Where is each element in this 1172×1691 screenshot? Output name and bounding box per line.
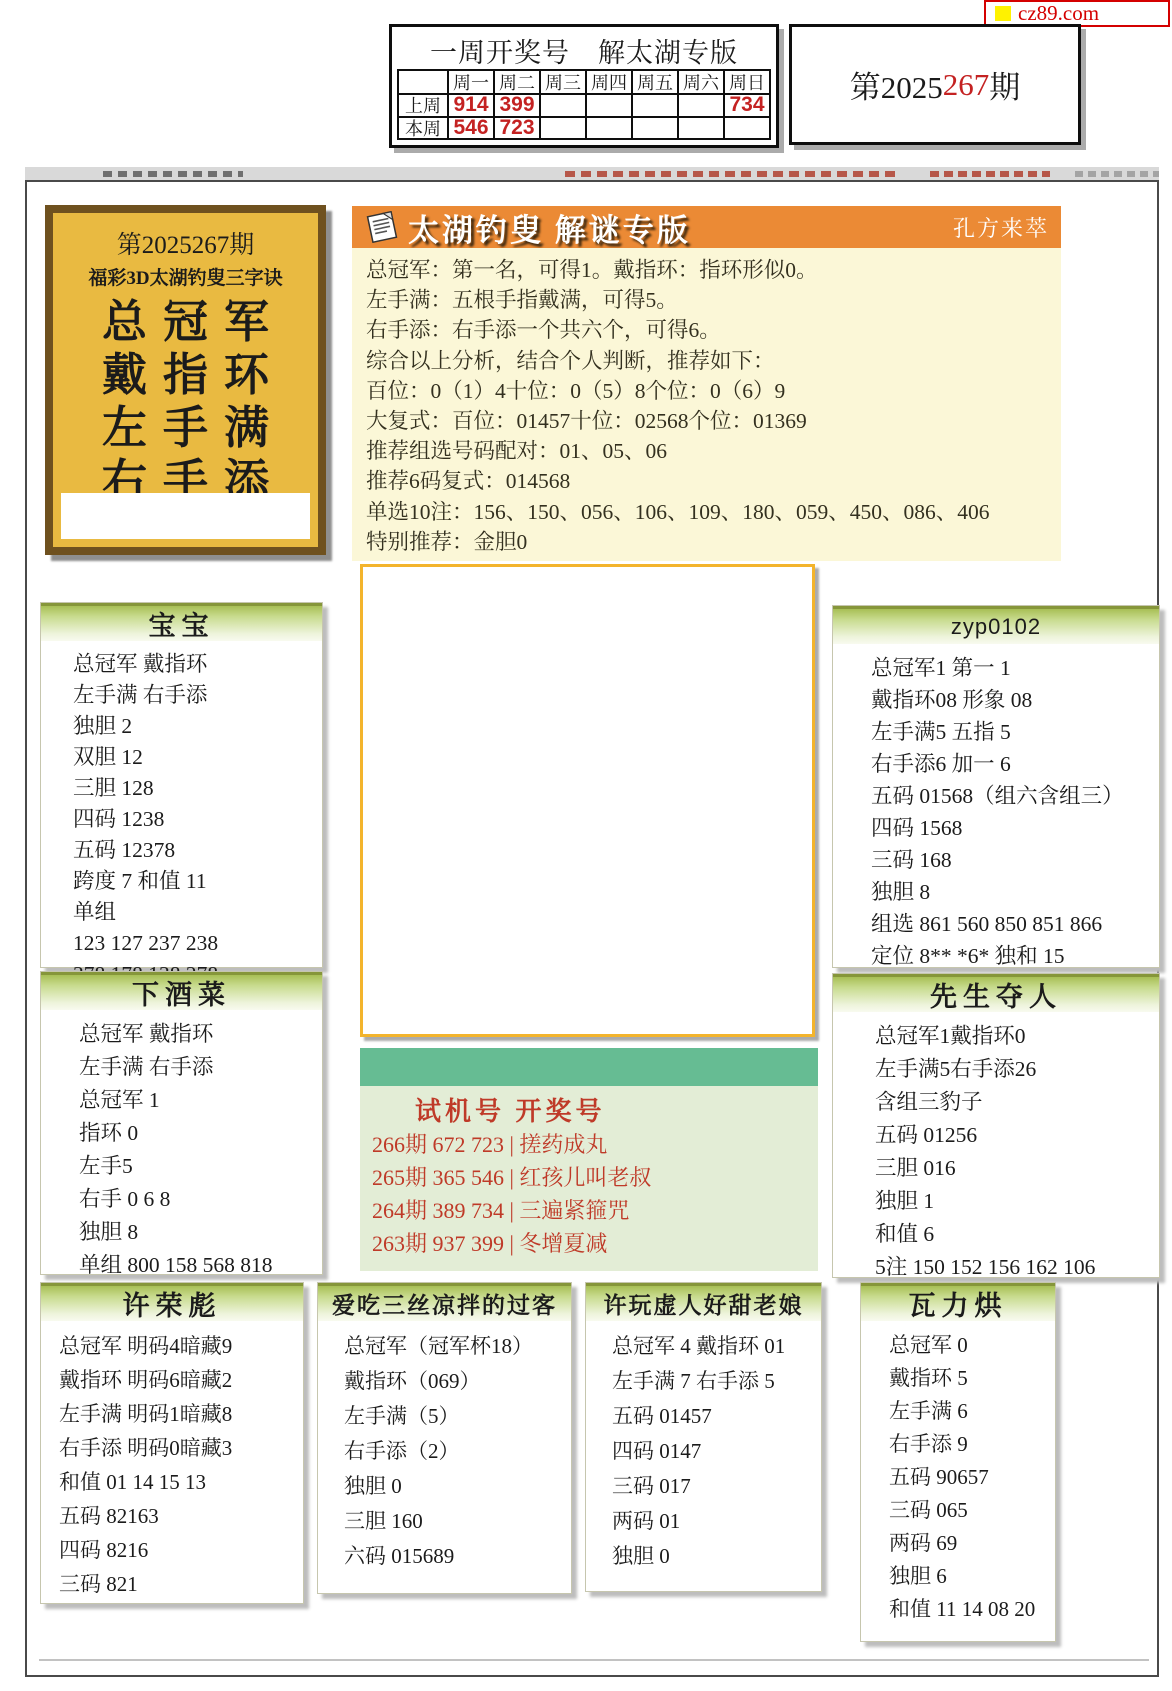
analysis-line: 大复式：百位：01457十位：02568个位：01369 [366, 406, 1061, 436]
panel-line: 两码 69 [889, 1527, 1055, 1560]
day-header: 周六 [678, 70, 724, 94]
draw-number: 914 [448, 94, 494, 117]
results-area: 试机号 开奖号 266期 672 723 | 搓药成丸265期 365 546 … [360, 1086, 818, 1271]
panel-line: 总冠军 4 戴指环 01 [612, 1329, 821, 1364]
golden-issue: 第2025267期 [53, 225, 318, 261]
panel-line: 独胆 1 [875, 1185, 1159, 1218]
section-title: 太湖钓叟 解谜专版 [408, 205, 953, 250]
panel-line: 三胆 160 [344, 1504, 571, 1539]
panel-aichi-header: 爱吃三丝凉拌的过客 [318, 1283, 571, 1321]
panel-xuwan-body: 总冠军 4 戴指环 01左手满 7 右手添 5五码 01457四码 0147三码… [586, 1321, 821, 1574]
panel-line: 总冠军 戴指环 [79, 1018, 322, 1051]
clipped-text-fragment [565, 171, 895, 177]
panel-line: 五码 82163 [59, 1499, 303, 1533]
panel-wali: 瓦力烘 总冠军 0戴指环 5左手满 6右手添 9五码 90657三码 065两码… [860, 1282, 1056, 1642]
panel-line: 单组 800 158 568 818 [79, 1249, 322, 1282]
panel-aichi-body: 总冠军（冠军杯18）戴指环（069）左手满（5）右手添（2）独胆 0三胆 160… [318, 1321, 571, 1574]
panel-baobao: 宝宝 总冠军 戴指环左手满 右手添独胆 2双胆 12三胆 128四码 1238五… [40, 602, 323, 968]
panel-line: 和值 01 14 15 13 [59, 1465, 303, 1499]
day-header: 周一 [448, 70, 494, 94]
analysis-line: 特别推荐：金胆0 [366, 527, 1061, 557]
panel-line: 两码 01 [612, 1504, 821, 1539]
clipped-text-fragment [930, 171, 1050, 177]
panel-line: 左手满5右手添26 [875, 1053, 1159, 1086]
panel-title: 爱吃三丝凉拌的过客 [332, 1287, 557, 1320]
panel-aichi: 爱吃三丝凉拌的过客 总冠军（冠军杯18）戴指环（069）左手满（5）右手添（2）… [317, 1282, 572, 1594]
issue-number: 267 [943, 67, 990, 103]
panel-line: 右手添 明码0暗藏3 [59, 1431, 303, 1465]
weekly-table-grid: 周一 周二 周三 周四 周五 周六 周日 上周 914 399 734 本周 5… [397, 69, 771, 140]
analysis-line: 左手满：五根手指戴满，可得5。 [366, 285, 1061, 315]
panel-title: 宝宝 [149, 604, 215, 643]
riddle-line: 左手满 [53, 402, 318, 455]
panel-line: 右手添6 加一 6 [871, 748, 1159, 780]
draw-number [632, 94, 678, 117]
panel-line: 总冠军 明码4暗藏9 [59, 1329, 303, 1363]
panel-line: 六码 015689 [344, 1539, 571, 1574]
panel-xurongbiao: 许荣彪 总冠军 明码4暗藏9戴指环 明码6暗藏2左手满 明码1暗藏8右手添 明码… [40, 1282, 304, 1604]
panel-xiansheng-body: 总冠军1戴指环0左手满5右手添26含组三豹子五码 01256三胆 016独胆 1… [833, 1012, 1159, 1284]
day-header: 周二 [494, 70, 540, 94]
panel-line: 独胆 2 [73, 711, 322, 742]
row-label: 上周 [398, 94, 448, 117]
panel-line: 左手满 右手添 [79, 1051, 322, 1084]
draw-number [540, 94, 586, 117]
teal-divider-bar [360, 1048, 818, 1086]
draw-number: 723 [494, 117, 540, 140]
panel-line: 组选 861 560 850 851 866 [871, 908, 1159, 940]
day-header: 周五 [632, 70, 678, 94]
panel-line: 指环 0 [79, 1117, 322, 1150]
panel-xiajiucai: 下酒菜 总冠军 戴指环左手满 右手添总冠军 1指环 0左手5右手 0 6 8独胆… [40, 971, 323, 1275]
draw-number [540, 117, 586, 140]
panel-xiansheng-header: 先生夺人 [833, 974, 1159, 1012]
panel-line: 三码 065 [889, 1494, 1055, 1527]
panel-title: 先生夺人 [930, 975, 1062, 1014]
panel-line: 总冠军 1 [79, 1084, 322, 1117]
panel-title: 许荣彪 [123, 1284, 222, 1323]
issue-suffix: 期 [989, 62, 1020, 107]
day-header: 周日 [724, 70, 770, 94]
result-row: 265期 365 546 | 红孩儿叫老叔 [360, 1161, 818, 1194]
result-row: 264期 389 734 | 三遍紧箍咒 [360, 1194, 818, 1227]
picture-placeholder-box [360, 564, 815, 1037]
panel-line: 左手满 6 [889, 1395, 1055, 1428]
panel-line: 总冠军1 第一 1 [871, 652, 1159, 684]
issue-prefix: 第2025 [850, 62, 943, 107]
panel-line: 左手满 明码1暗藏8 [59, 1397, 303, 1431]
result-row: 266期 672 723 | 搓药成丸 [360, 1128, 818, 1161]
day-header: 周四 [586, 70, 632, 94]
panel-line: 左手满5 五指 5 [871, 716, 1159, 748]
weekly-draw-table: 一周开奖号 解太湖专版 周一 周二 周三 周四 周五 周六 周日 上周 914 … [389, 24, 779, 148]
golden-blank-area [61, 493, 310, 539]
panel-line: 跨度 7 和值 11 [73, 866, 322, 897]
draw-number [586, 117, 632, 140]
panel-title: 瓦力烘 [909, 1284, 1008, 1323]
draw-number [678, 94, 724, 117]
panel-line: 四码 0147 [612, 1434, 821, 1469]
panel-line: 四码 1568 [871, 812, 1159, 844]
result-row: 263期 937 399 | 冬增夏减 [360, 1227, 818, 1260]
panel-line: 独胆 0 [344, 1469, 571, 1504]
table-corner-cell [398, 70, 448, 94]
panel-title: 下酒菜 [132, 973, 231, 1012]
day-header: 周三 [540, 70, 586, 94]
panel-xuwan: 许玩虚人好甜老娘 总冠军 4 戴指环 01左手满 7 右手添 5五码 01457… [585, 1282, 822, 1592]
clipped-text-strip [25, 167, 1159, 180]
panel-line: 独胆 6 [889, 1560, 1055, 1593]
panel-title: zyp0102 [951, 614, 1041, 640]
panel-line: 四码 1238 [73, 804, 322, 835]
results-rows: 266期 672 723 | 搓药成丸265期 365 546 | 红孩儿叫老叔… [360, 1128, 818, 1260]
panel-line: 独胆 0 [612, 1539, 821, 1574]
panel-line: 右手 0 6 8 [79, 1183, 322, 1216]
panel-line: 左手满 右手添 [73, 680, 322, 711]
panel-xurongbiao-header: 许荣彪 [41, 1283, 303, 1321]
panel-xurongbiao-body: 总冠军 明码4暗藏9戴指环 明码6暗藏2左手满 明码1暗藏8右手添 明码0暗藏3… [41, 1321, 303, 1601]
panel-title: 许玩虚人好甜老娘 [604, 1287, 804, 1320]
panel-line: 5注 150 152 156 162 106 [875, 1251, 1159, 1284]
riddle-line: 总冠军 [53, 296, 318, 349]
panel-line: 总冠军1戴指环0 [875, 1020, 1159, 1053]
panel-line: 三码 821 [59, 1567, 303, 1601]
row-label: 本周 [398, 117, 448, 140]
golden-subtitle: 福彩3D太湖钓叟三字诀 [53, 263, 318, 290]
clipped-text-fragment [103, 171, 243, 177]
analysis-line: 推荐6码复式：014568 [366, 466, 1061, 496]
draw-number [678, 117, 724, 140]
panel-line: 三码 168 [871, 844, 1159, 876]
panel-line: 戴指环（069） [344, 1364, 571, 1399]
draw-number [586, 94, 632, 117]
panel-zyp0102: zyp0102 总冠军1 第一 1戴指环08 形象 08左手满5 五指 5右手添… [832, 605, 1160, 968]
golden-riddle-lines: 总冠军戴指环左手满右手添 [53, 296, 318, 508]
issue-number-box: 第2025267期 [789, 24, 1081, 145]
panel-line: 四码 8216 [59, 1533, 303, 1567]
draw-number [724, 117, 770, 140]
panel-line: 和值 11 14 08 20 [889, 1593, 1055, 1626]
panel-line: 三胆 128 [73, 773, 322, 804]
panel-xiajiucai-header: 下酒菜 [41, 972, 322, 1010]
panel-line: 含组三豹子 [875, 1086, 1159, 1119]
panel-zyp0102-header: zyp0102 [833, 606, 1159, 644]
panel-line: 定位 8** *6* 独和 15 [871, 940, 1159, 972]
panel-baobao-header: 宝宝 [41, 603, 322, 641]
results-title: 试机号 开奖号 [360, 1091, 818, 1128]
panel-xuwan-header: 许玩虚人好甜老娘 [586, 1283, 821, 1321]
panel-line: 左手满（5） [344, 1399, 571, 1434]
panel-line: 总冠军 戴指环 [73, 649, 322, 680]
panel-line: 123 127 237 238 [73, 928, 322, 959]
panel-line: 五码 90657 [889, 1461, 1055, 1494]
draw-number: 399 [494, 94, 540, 117]
analysis-line: 百位：0（1）4十位：0（5）8个位：0（6）9 [366, 376, 1061, 406]
panel-xiajiucai-body: 总冠军 戴指环左手满 右手添总冠军 1指环 0左手5右手 0 6 8独胆 8单组… [41, 1010, 322, 1282]
panel-line: 五码 01568（组六含组三） [871, 780, 1159, 812]
main-frame: 第2025267期 福彩3D太湖钓叟三字诀 总冠军戴指环左手满右手添 太湖钓叟 … [25, 180, 1159, 1677]
panel-line: 三胆 016 [875, 1152, 1159, 1185]
site-badge[interactable]: cz89.com [984, 0, 1170, 27]
panel-line: 五码 01256 [875, 1119, 1159, 1152]
golden-riddle-box: 第2025267期 福彩3D太湖钓叟三字诀 总冠军戴指环左手满右手添 [45, 205, 326, 555]
draw-number: 546 [448, 117, 494, 140]
panel-xiansheng: 先生夺人 总冠军1戴指环0左手满5右手添26含组三豹子五码 01256三胆 01… [832, 973, 1160, 1278]
panel-zyp0102-body: 总冠军1 第一 1戴指环08 形象 08左手满5 五指 5右手添6 加一 6五码… [833, 644, 1159, 972]
badge-square-icon [995, 6, 1011, 21]
panel-wali-body: 总冠军 0戴指环 5左手满 6右手添 9五码 90657三码 065两码 69独… [861, 1321, 1055, 1626]
panel-line: 五码 12378 [73, 835, 322, 866]
panel-line: 总冠军 0 [889, 1329, 1055, 1362]
site-badge-label: cz89.com [1018, 1, 1099, 26]
panel-line: 三码 017 [612, 1469, 821, 1504]
section-header-right-text: 孔方来萃 [953, 212, 1049, 243]
analysis-line: 单选10注：156、150、056、106、109、180、059、450、08… [366, 497, 1061, 527]
panel-wali-header: 瓦力烘 [861, 1283, 1055, 1321]
paper-note-icon [364, 211, 400, 243]
panel-line: 单组 [73, 897, 322, 928]
panel-line: 左手5 [79, 1150, 322, 1183]
panel-line: 戴指环08 形象 08 [871, 684, 1159, 716]
analysis-line: 右手添：右手添一个共六个，可得6。 [366, 315, 1061, 345]
draw-number: 734 [724, 94, 770, 117]
panel-line: 戴指环 5 [889, 1362, 1055, 1395]
panel-line: 独胆 8 [79, 1216, 322, 1249]
panel-line: 戴指环 明码6暗藏2 [59, 1363, 303, 1397]
analysis-box: 总冠军：第一名，可得1。戴指环：指环形似0。左手满：五根手指戴满，可得5。右手添… [352, 248, 1061, 561]
analysis-line: 综合以上分析，结合个人判断，推荐如下： [366, 346, 1061, 376]
panel-line: 右手添 9 [889, 1428, 1055, 1461]
riddle-line: 戴指环 [53, 349, 318, 402]
analysis-line: 总冠军：第一名，可得1。戴指环：指环形似0。 [366, 255, 1061, 285]
panel-line: 双胆 12 [73, 742, 322, 773]
panel-baobao-body: 总冠军 戴指环左手满 右手添独胆 2双胆 12三胆 128四码 1238五码 1… [41, 641, 322, 990]
panel-line: 和值 6 [875, 1218, 1159, 1251]
analysis-line: 推荐组选号码配对：01、05、06 [366, 436, 1061, 466]
panel-line: 总冠军（冠军杯18） [344, 1329, 571, 1364]
section-header: 太湖钓叟 解谜专版 孔方来萃 [352, 206, 1061, 248]
draw-number [632, 117, 678, 140]
panel-line: 左手满 7 右手添 5 [612, 1364, 821, 1399]
clipped-text-fragment [1075, 171, 1159, 177]
bottom-divider-line [39, 1659, 1149, 1661]
panel-line: 右手添（2） [344, 1434, 571, 1469]
weekly-table-title: 一周开奖号 解太湖专版 [392, 31, 776, 70]
panel-line: 独胆 8 [871, 876, 1159, 908]
panel-line: 五码 01457 [612, 1399, 821, 1434]
